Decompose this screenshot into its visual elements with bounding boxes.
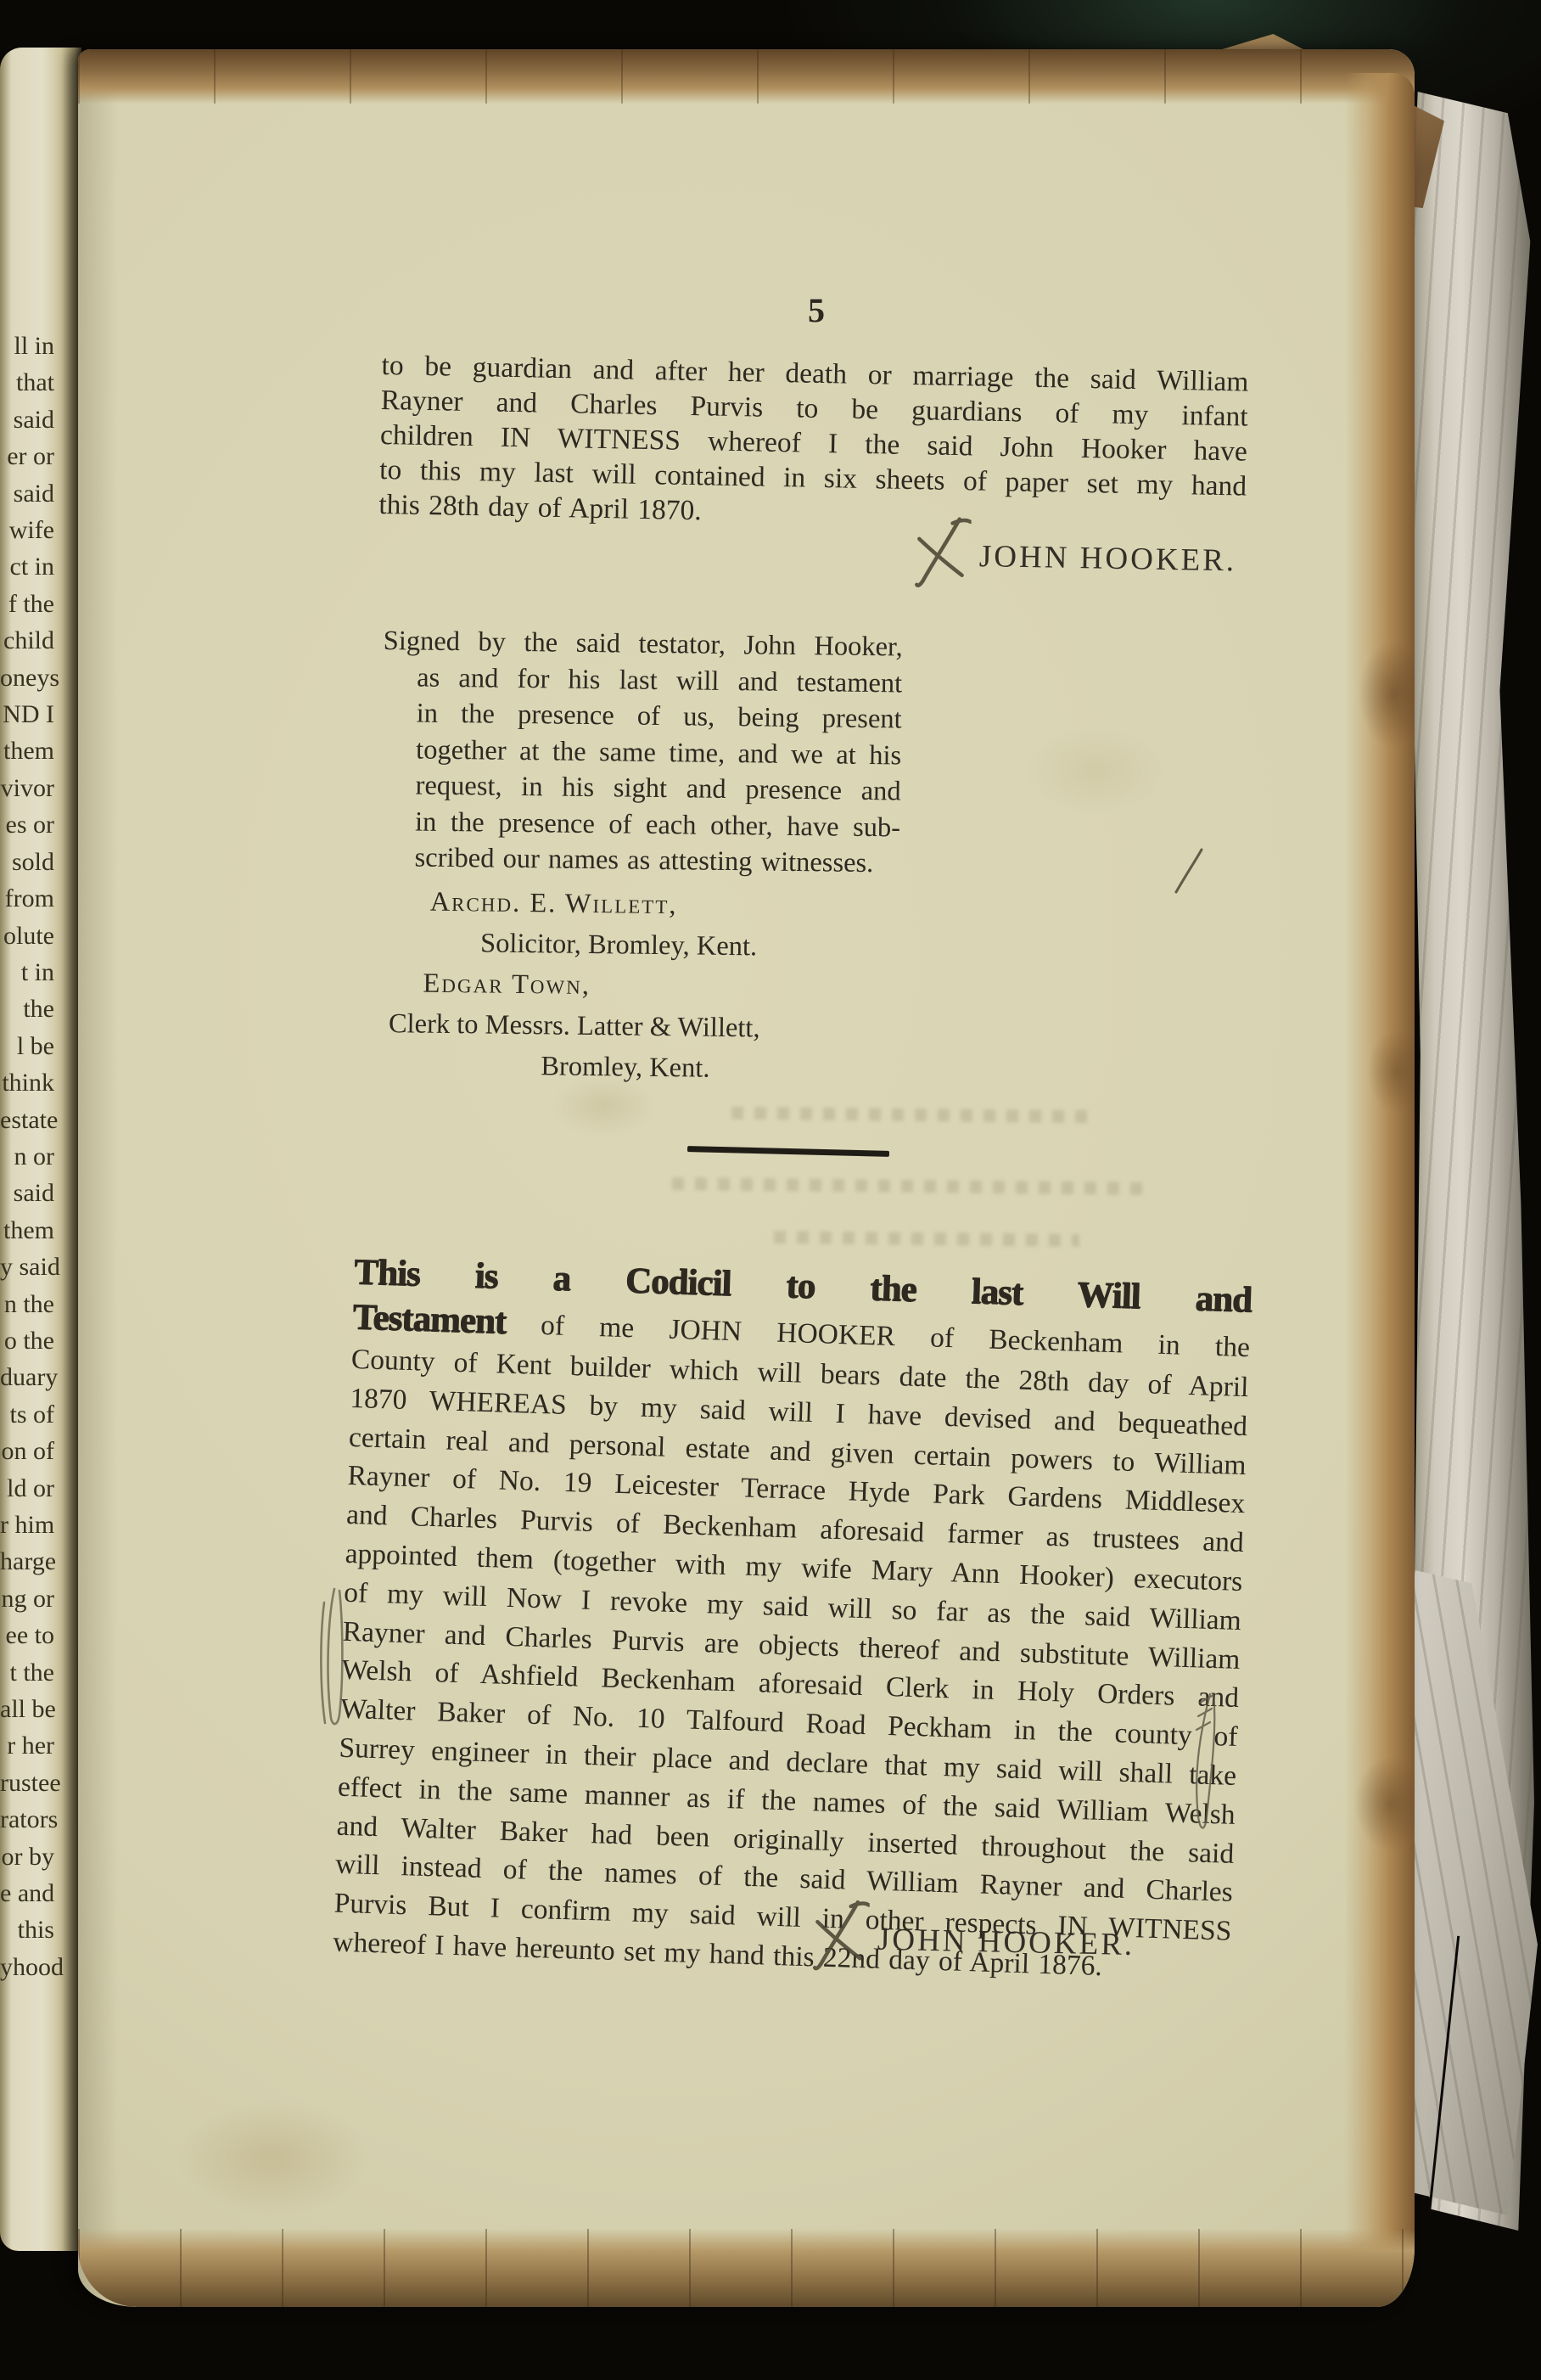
scanned-book-photo: ll inthatsaider orsaidwifect inf thechil… — [0, 0, 1541, 2380]
text-fragment: said — [0, 1175, 54, 1211]
text-fragment: vivor — [0, 770, 54, 806]
text-fragment: rators — [0, 1801, 54, 1838]
text-fragment: think — [0, 1064, 54, 1101]
attestation-line: in the presence of us, being present — [382, 695, 901, 738]
text-fragment: this — [0, 1911, 54, 1948]
section-divider-rule — [687, 1146, 889, 1157]
text-fragment: ld or — [0, 1470, 54, 1507]
text-fragment: them — [0, 1212, 54, 1249]
text-fragment: ND I — [0, 696, 54, 733]
text-fragment: from — [0, 880, 54, 917]
text-fragment: sold — [0, 844, 54, 880]
text-fragment: on of — [0, 1433, 54, 1469]
attestation-paragraph: Signed by the said testator, John Hooker… — [380, 623, 903, 882]
text-fragment: duary — [0, 1359, 54, 1395]
page-right-edge — [1345, 73, 1415, 2292]
pen-slash-mark — [1169, 845, 1208, 898]
blackletter-heading: Testament — [352, 1297, 507, 1342]
text-fragment: l be — [0, 1028, 54, 1064]
witness-name-town: Edgar Town, — [423, 963, 760, 1008]
pencil-margin-mark-right — [1181, 1687, 1236, 1849]
text-fragment: said — [0, 401, 54, 438]
text-fragment: child — [0, 622, 54, 659]
previous-page-sliver: ll inthatsaider orsaidwifect inf thechil… — [0, 48, 81, 2251]
text-fragment: them — [0, 733, 54, 769]
codicil-paragraph: This is a Codicil to the last Will and T… — [333, 1250, 1252, 1990]
witness-block: Archd. E. Willett, Solicitor, Bromley, K… — [381, 881, 762, 1089]
text-fragment: ee to — [0, 1617, 54, 1653]
signature-row-1870: JOHN HOOKER. — [909, 512, 1237, 599]
page-number: 5 — [748, 290, 884, 330]
text-fragment: estate — [0, 1102, 54, 1138]
witness-name-willett: Archd. E. Willett, — [429, 882, 761, 927]
text-fragment: r her — [0, 1727, 54, 1764]
text-fragment: n or — [0, 1138, 54, 1175]
page-top-edge — [78, 49, 1415, 104]
attestation-line: request, in his sight and presence and — [381, 767, 900, 810]
handwritten-x-cross-icon — [909, 512, 972, 594]
text-fragment: ll in — [0, 328, 54, 364]
ink-bleed-through — [731, 1107, 1096, 1124]
attestation-line: together at the same time, and we at his — [382, 731, 901, 773]
text-fragment: all be — [0, 1691, 54, 1727]
attestation-line: Signed by the said testator, John Hooker… — [383, 623, 902, 665]
text-fragment: or by — [0, 1838, 54, 1875]
paper-stain — [1028, 728, 1164, 813]
will-closing-paragraph: to be guardian and after her death or ma… — [378, 348, 1249, 539]
text-fragment: harge — [0, 1543, 54, 1580]
text-fragment: n the — [0, 1286, 54, 1322]
handwritten-x-cross-icon — [807, 1894, 870, 1977]
document-page: 5 to be guardian and after her death or … — [78, 49, 1415, 2307]
text-fragment: y said — [0, 1249, 54, 1285]
text-fragment: es or — [0, 806, 54, 843]
text-fragment: oneys — [0, 660, 54, 696]
text-fragment: r him — [0, 1507, 54, 1543]
text-fragment: ts of — [0, 1396, 54, 1433]
text-fragment: that — [0, 364, 54, 401]
text-fragment: e and — [0, 1875, 54, 1911]
page-bottom-edge — [78, 2229, 1415, 2307]
text-fragment: t in — [0, 954, 54, 991]
text-fragment: the — [0, 991, 54, 1027]
text-fragment: f the — [0, 586, 54, 622]
signature-row-1876: JOHN HOOKER. — [807, 1894, 1135, 1983]
text-fragment: yhood — [0, 1949, 54, 1985]
text-fragment: said — [0, 475, 54, 512]
text-fragment: rustee — [0, 1765, 54, 1801]
text-fragment: t the — [0, 1654, 54, 1691]
witness-title-willett: Solicitor, Bromley, Kent. — [480, 923, 761, 967]
text-fragment: ng or — [0, 1580, 54, 1617]
ink-bleed-through — [774, 1231, 1079, 1247]
text-fragment: o the — [0, 1322, 54, 1359]
text-fragment: ct in — [0, 548, 54, 585]
pencil-margin-mark-left — [316, 1584, 350, 1737]
previous-page-text-fragments: ll inthatsaider orsaidwifect inf thechil… — [0, 328, 54, 1985]
text-fragment: er or — [0, 438, 54, 474]
attestation-line: in the presence of each other, have sub- — [381, 803, 900, 845]
witness-title-town: Clerk to Messrs. Latter & Willett, — [389, 1003, 760, 1048]
testator-signature: JOHN HOOKER. — [979, 513, 1237, 579]
paper-stain — [180, 2103, 367, 2214]
attestation-line: scribed our names as attesting witnesses… — [380, 839, 899, 882]
attestation-line: as and for his last will and testament — [383, 659, 902, 701]
witness-address: Bromley, Kent. — [541, 1046, 759, 1089]
ink-bleed-through — [672, 1177, 1147, 1195]
text-fragment: olute — [0, 918, 54, 954]
text-fragment: wife — [0, 512, 54, 548]
testator-signature: JOHN HOOKER. — [877, 1896, 1136, 1963]
